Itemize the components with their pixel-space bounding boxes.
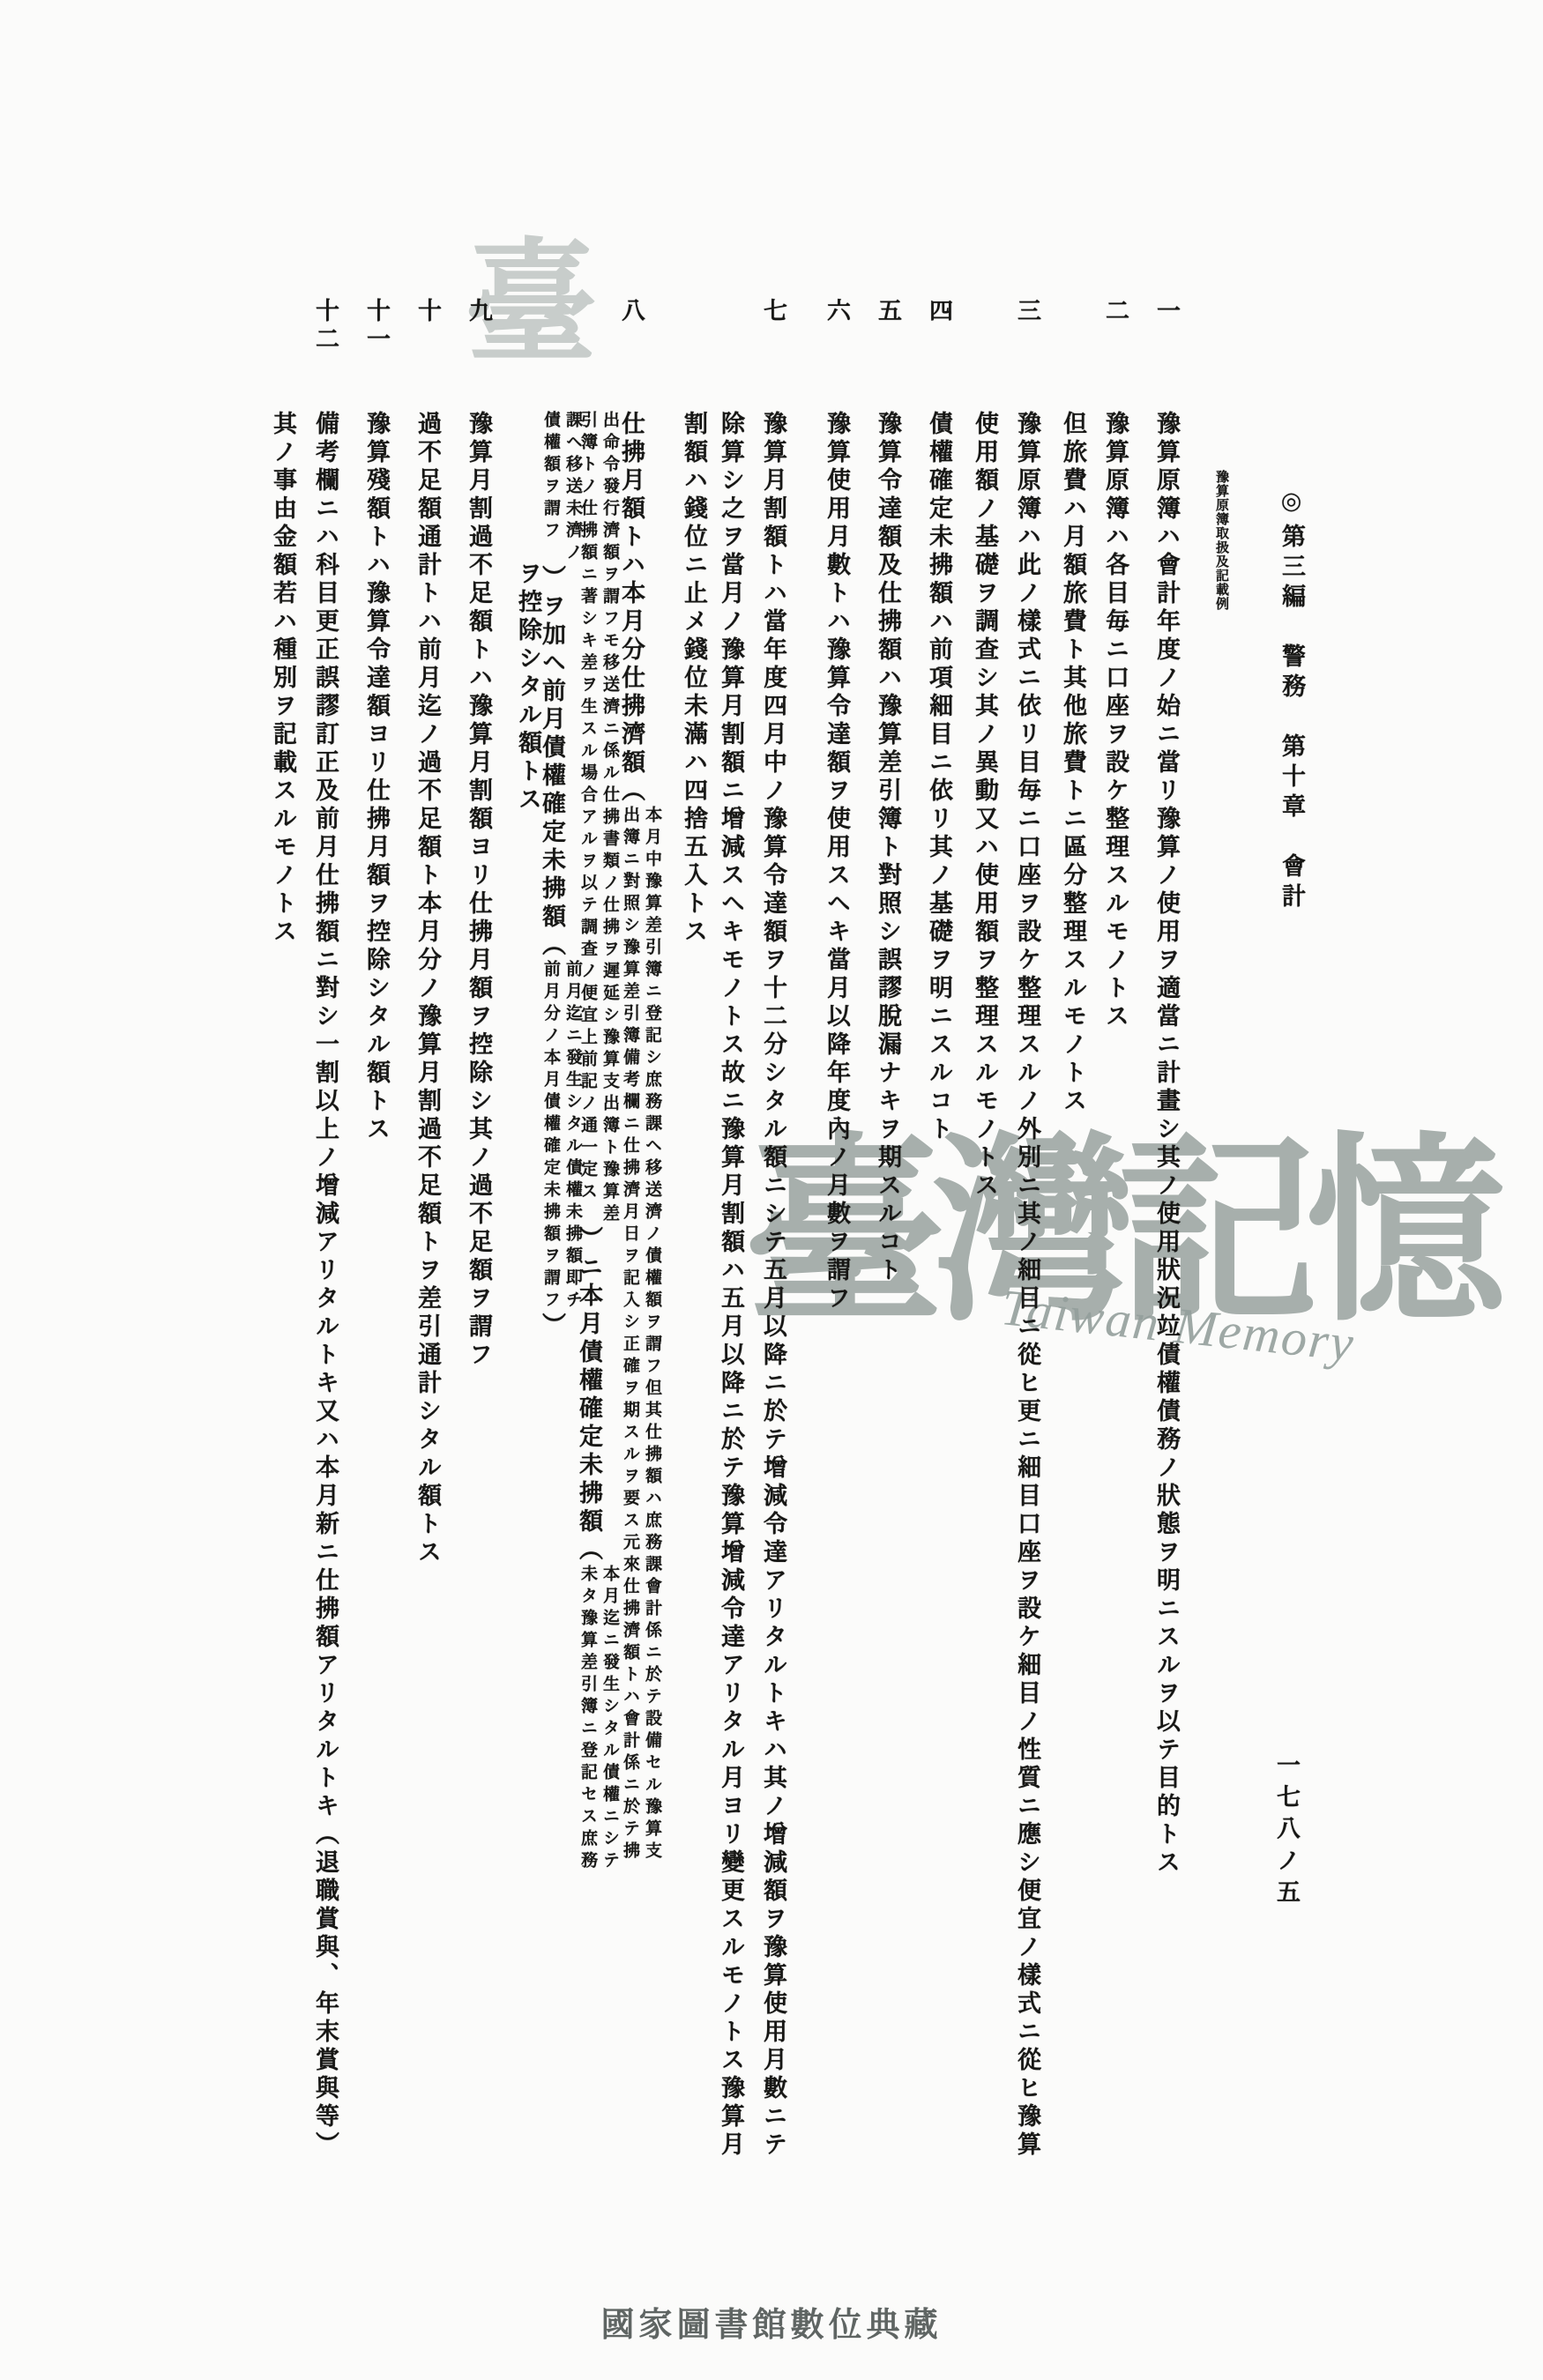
list-item-6: 六豫算使用月數トハ豫算令達額ヲ使用スヘキ當月以降年度內ノ月數ヲ謂フ xyxy=(815,298,855,2228)
numbered-items: 一豫算原簿ハ會計年度ノ始ニ當リ豫算ノ使用ヲ適當ニ計畫シ其ノ使用狀況竝債權債務ノ狀… xyxy=(266,298,1185,2228)
page-number: 一七八ノ五 xyxy=(1269,1752,1303,1911)
split-annotation-column: 課ヘ移送未濟ノ xyxy=(562,411,584,565)
list-item-7: 七豫算月割額トハ當年度四月中ノ豫算令達額ヲ十二分シタル額ニシテ五月以降ニ於テ增減… xyxy=(677,298,792,2228)
circle-mark: ◎ xyxy=(1278,487,1305,524)
list-item-2: 二豫算原簿ハ各目毎ニ口座ヲ設ケ整理スルモノトス但旅費ハ月額旅費ト其他旅費トニ區分… xyxy=(1056,298,1134,2228)
item-text: 備考欄ニハ科目更正誤謬訂正及前月仕拂額ニ對シ一割以上ノ增減アリタルトキ又ハ本月新… xyxy=(311,411,339,2160)
item-text: 豫算原簿ハ各目毎ニ口座ヲ設ケ整理スルモノトス xyxy=(1101,411,1129,1031)
item-text: 過不足額通計トハ前月迄ノ過不足額ト本月分ノ豫算月割過不足額トヲ差引通計シタル額ト… xyxy=(414,411,441,1567)
item-column: 五豫算令達額及仕拂額ハ豫算差引簿ト對照シ誤謬脫漏ナキヲ期スルコト xyxy=(866,298,906,2228)
list-item-8: 八仕拂月額トハ本月分仕拂濟額（本月中豫算差引簿ニ登記シ庶務課ヘ移送濟ノ債權額ヲ謂… xyxy=(511,298,663,2228)
item-column: 七豫算月割額トハ當年度四月中ノ豫算令達額ヲ十二分シタル額ニシテ五月以降ニ於テ增減… xyxy=(751,298,792,2228)
list-item-4: 四債權確定未拂額ハ前項細目ニ依リ其ノ基礎ヲ明ニスルコト xyxy=(917,298,958,2228)
item-text: ヲ控除シタル額トス xyxy=(514,561,541,814)
item-column: 八仕拂月額トハ本月分仕拂濟額（本月中豫算差引簿ニ登記シ庶務課ヘ移送濟ノ債權額ヲ謂… xyxy=(622,298,663,2228)
chapter-header-label: 第三編 警務 第十章 會計 xyxy=(1278,524,1305,913)
item-text: 豫算令達額及仕拂額ハ豫算差引簿ト對照シ誤謬脫漏ナキヲ期スルコト xyxy=(874,411,901,1285)
scanned-document-page: { "header": { "mark": "◎", "text": "第三編 … xyxy=(0,0,1543,2380)
item-number: 十一 xyxy=(356,298,395,411)
item-number: 一 xyxy=(1146,298,1185,411)
split-annotation-column: 未タ豫算差引簿ニ登記セス庶務 xyxy=(577,1565,599,1873)
item-text: 使用額ノ基礎ヲ調查シ其ノ異動又ハ使用額ヲ整理スルモノトス xyxy=(971,411,998,1201)
split-annotation-column: 出簿ニ對照シ豫算差引簿備考欄ニ仕拂濟月日ヲ記入シ正確ヲ期スルヲ要ス元來仕拂濟額ト… xyxy=(619,806,641,1863)
item-column: 割額ハ錢位ニ止メ錢位未滿ハ四捨五入トス xyxy=(677,298,712,2228)
split-annotation: 前月迄ニ發生シタル債權未拂額即チ前月分ノ本月債權確定未拂額ヲ謂フ xyxy=(540,960,584,1313)
item-number: 三 xyxy=(1007,298,1046,411)
split-annotation-column: 本月迄ニ發生シタル債權ニシテ xyxy=(599,1565,621,1873)
item-text: 豫算原簿ハ會計年度ノ始ニ當リ豫算ノ使用ヲ適當ニ計畫シ其ノ使用狀況竝債權債務ノ狀態… xyxy=(1152,411,1180,1878)
item-number: 二 xyxy=(1095,298,1134,411)
item-text: 其ノ事由金額若ハ種別ヲ記載スルモノトス xyxy=(269,411,296,947)
item-text: ） xyxy=(538,1313,565,1341)
split-annotation: 本月中豫算差引簿ニ登記シ庶務課ヘ移送濟ノ債權額ヲ謂フ但其仕拂額ハ庶務課會計係ニ於… xyxy=(619,806,663,1863)
item-number: 八 xyxy=(611,298,650,411)
item-text: 但旅費ハ月額旅費ト其他旅費トニ區分整理スルモノトス xyxy=(1059,411,1086,1116)
item-number: 十二 xyxy=(305,298,344,411)
split-annotation-column: 本月中豫算差引簿ニ登記シ庶務課ヘ移送濟ノ債權額ヲ謂フ但其仕拂額ハ庶務課會計係ニ於… xyxy=(641,806,663,1863)
item-column: 四債權確定未拂額ハ前項細目ニ依リ其ノ基礎ヲ明ニスルコト xyxy=(917,298,958,2228)
list-item-5: 五豫算令達額及仕拂額ハ豫算差引簿ト對照シ誤謬脫漏ナキヲ期スルコト xyxy=(866,298,906,2228)
item-column: 使用額ノ基礎ヲ調查シ其ノ異動又ハ使用額ヲ整理スルモノトス xyxy=(968,298,1003,2228)
item-text: 豫算月割額トハ當年度四月中ノ豫算令達額ヲ十二分シタル額ニシテ五月以降ニ於テ增減令… xyxy=(759,411,786,2160)
archive-footer: 國家圖書館數位典藏 xyxy=(0,2297,1543,2346)
item-column: 三豫算原簿ハ此ノ樣式ニ依リ目毎ニ口座ヲ設ケ整理スルノ外別ニ其ノ細目ニ從ヒ更ニ細目… xyxy=(1005,298,1046,2228)
split-annotation-column: 前月迄ニ發生シタル債權未拂額即チ xyxy=(562,960,584,1313)
item-column: 十一豫算殘額トハ豫算令達額ヨリ仕拂月額ヲ控除シタル額トス xyxy=(354,298,395,2228)
chapter-header: ◎第三編 警務 第十章 會計 xyxy=(1270,298,1310,2228)
item-column: 六豫算使用月數トハ豫算令達額ヲ使用スヘキ當月以降年度內ノ月數ヲ謂フ xyxy=(815,298,855,2228)
list-item-1: 一豫算原簿ハ會計年度ノ始ニ當リ豫算ノ使用ヲ適當ニ計畫シ其ノ使用狀況竝債權債務ノ狀… xyxy=(1144,298,1185,2228)
item-column: 除算シ之ヲ當月ノ豫算月割額ニ增減スヘキモノトス故ニ豫算月割額ハ五月以降ニ於テ豫算… xyxy=(714,298,749,2228)
item-number: 七 xyxy=(753,298,792,411)
item-column: 十二備考欄ニハ科目更正誤謬訂正及前月仕拂額ニ對シ一割以上ノ增減アリタルトキ又ハ本… xyxy=(303,298,344,2228)
list-item-10: 十過不足額通計トハ前月迄ノ過不足額ト本月分ノ豫算月割過不足額トヲ差引通計シタル額… xyxy=(406,298,446,2228)
section-title: 豫算原簿取扱及記載例 xyxy=(1204,298,1240,2228)
split-annotation: 課ヘ移送未濟ノ債權額ヲ謂フ xyxy=(540,411,584,565)
split-annotation-column: 前月分ノ本月債權確定未拂額ヲ謂フ xyxy=(540,960,562,1313)
item-text: 豫算使用月數トハ豫算令達額ヲ使用スヘキ當月以降年度內ノ月數ヲ謂フ xyxy=(823,411,850,1313)
item-text: 仕拂月額トハ本月分仕拂濟額（ xyxy=(617,411,645,806)
item-number: 六 xyxy=(816,298,855,411)
item-column: 但旅費ハ月額旅費ト其他旅費トニ區分整理スルモノトス xyxy=(1056,298,1092,2228)
item-text: 割額ハ錢位ニ止メ錢位未滿ハ四捨五入トス xyxy=(680,411,707,947)
list-item-9: 九豫算月割過不足額トハ豫算月割額ヨリ仕拂月額ヲ控除シ其ノ過不足額ヲ謂フ xyxy=(457,298,497,2228)
item-number: 十 xyxy=(407,298,446,411)
item-text: 豫算原簿ハ此ノ樣式ニ依リ目毎ニ口座ヲ設ケ整理スルノ外別ニ其ノ細目ニ從ヒ更ニ細目口… xyxy=(1013,411,1040,2160)
item-text: 豫算月割過不足額トハ豫算月割額ヨリ仕拂月額ヲ控除シ其ノ過不足額ヲ謂フ xyxy=(465,411,492,1370)
split-annotation: 本月迄ニ發生シタル債權ニシテ未タ豫算差引簿ニ登記セス庶務 xyxy=(577,1565,621,1873)
item-column: 一豫算原簿ハ會計年度ノ始ニ當リ豫算ノ使用ヲ適當ニ計畫シ其ノ使用狀況竝債權債務ノ狀… xyxy=(1144,298,1185,2228)
item-column: 十過不足額通計トハ前月迄ノ過不足額ト本月分ノ豫算月割過不足額トヲ差引通計シタル額… xyxy=(406,298,446,2228)
item-column: 其ノ事由金額若ハ種別ヲ記載スルモノトス xyxy=(266,298,302,2228)
item-number: 四 xyxy=(919,298,958,411)
split-annotation-column: 出命令發行濟額ヲ謂フモ移送濟ニ係ル仕拂書類ノ仕拂ヲ遲延シ豫算支出簿ト豫算差 xyxy=(599,411,621,1226)
item-text: 豫算殘額トハ豫算令達額ヨリ仕拂月額ヲ控除シタル額トス xyxy=(362,411,390,1144)
item-number: 九 xyxy=(458,298,497,411)
item-column: 九豫算月割過不足額トハ豫算月割額ヨリ仕拂月額ヲ控除シ其ノ過不足額ヲ謂フ xyxy=(457,298,497,2228)
list-item-12: 十二備考欄ニハ科目更正誤謬訂正及前月仕拂額ニ對シ一割以上ノ增減アリタルトキ又ハ本… xyxy=(266,298,344,2228)
item-text: 除算シ之ヲ當月ノ豫算月割額ニ增減スヘキモノトス故ニ豫算月割額ハ五月以降ニ於テ豫算… xyxy=(717,411,744,2160)
item-text: 債權確定未拂額ハ前項細目ニ依リ其ノ基礎ヲ明ニスルコト xyxy=(925,411,952,1144)
list-item-3: 三豫算原簿ハ此ノ樣式ニ依リ目毎ニ口座ヲ設ケ整理スルノ外別ニ其ノ細目ニ從ヒ更ニ細目… xyxy=(968,298,1046,2228)
item-column: 二豫算原簿ハ各目毎ニ口座ヲ設ケ整理スルモノトス xyxy=(1093,298,1134,2228)
item-number: 五 xyxy=(868,298,906,411)
spacer xyxy=(527,411,528,561)
list-item-11: 十一豫算殘額トハ豫算令達額ヨリ仕拂月額ヲ控除シタル額トス xyxy=(354,298,395,2228)
document-text-block: ◎第三編 警務 第十章 會計 豫算原簿取扱及記載例 一豫算原簿ハ會計年度ノ始ニ當… xyxy=(256,298,1310,2228)
